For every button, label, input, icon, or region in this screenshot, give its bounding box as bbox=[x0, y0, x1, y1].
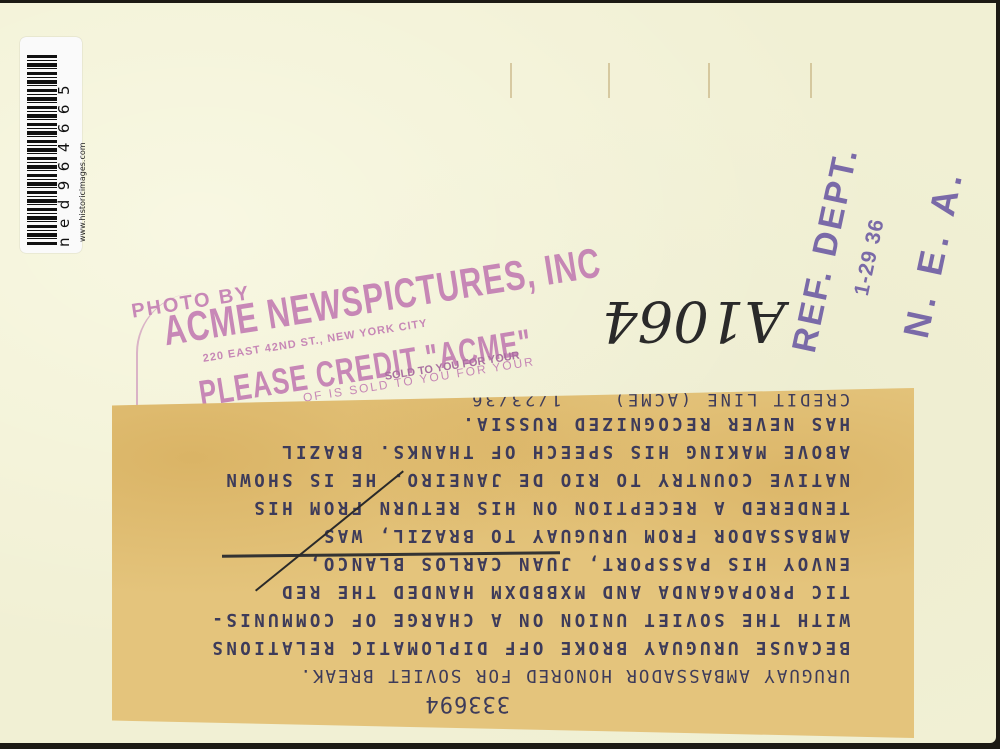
barcode-url: www.historicimages.com bbox=[78, 142, 87, 242]
agency-stamp: N. E. A. bbox=[895, 164, 972, 342]
caption-line: HAS NEVER RECOGNIZED RUSSIA. bbox=[209, 409, 850, 437]
crease-mark bbox=[510, 63, 512, 98]
caption-line: AMBASSADOR FROM URUGUAY TO BRAZIL, WAS bbox=[209, 521, 850, 549]
caption-clipping: 333694 URUGUAY AMBASSADOR HONORED FOR SO… bbox=[112, 388, 914, 738]
caption-headline: URUGUAY AMBASSADOR HONORED FOR SOVIET BR… bbox=[209, 661, 850, 689]
caption-line: TENDERED A RECEPTION ON HIS RETURN FROM … bbox=[209, 493, 850, 521]
crease-mark bbox=[708, 63, 710, 98]
stamp-line: ACME NEWSPICTURES, INC bbox=[160, 239, 604, 356]
caption-line: ABOVE MAKING HIS SPEECH OF THANKS. BRAZI… bbox=[209, 437, 850, 465]
ref-dept-stamp: REF. DEPT. bbox=[785, 143, 867, 356]
caption-body: BECAUSE URUGUAY BROKE OFF DIPLOMATIC REL… bbox=[209, 409, 850, 661]
ref-date-stamp: 1-29 36 bbox=[850, 216, 890, 298]
handwritten-note: A1064 bbox=[602, 288, 785, 353]
acme-stamp: PHOTO BY ACME NEWSPICTURES, INC 220 EAST… bbox=[130, 253, 600, 413]
crease-mark bbox=[810, 63, 812, 98]
caption-line: TIC PROPAGANDA AND MXBBDXM HANDED THE RE… bbox=[209, 577, 850, 605]
barcode-label: ned964665 www.historicimages.com bbox=[20, 37, 82, 253]
caption-line: BECAUSE URUGUAY BROKE OFF DIPLOMATIC REL… bbox=[209, 633, 850, 661]
caption-number: 333694 bbox=[209, 691, 510, 716]
crease-mark bbox=[608, 63, 610, 98]
caption-line: NATIVE COUNTRY TO RIO DE JANEIRO. HE IS … bbox=[209, 465, 850, 493]
caption-text: 333694 URUGUAY AMBASSADOR HONORED FOR SO… bbox=[112, 388, 914, 738]
caption-line: WITH THE SOVIET UNION ON A CHARGE OF COM… bbox=[209, 605, 850, 633]
barcode-icon bbox=[27, 55, 57, 245]
barcode-digits: ned964665 bbox=[55, 76, 73, 247]
